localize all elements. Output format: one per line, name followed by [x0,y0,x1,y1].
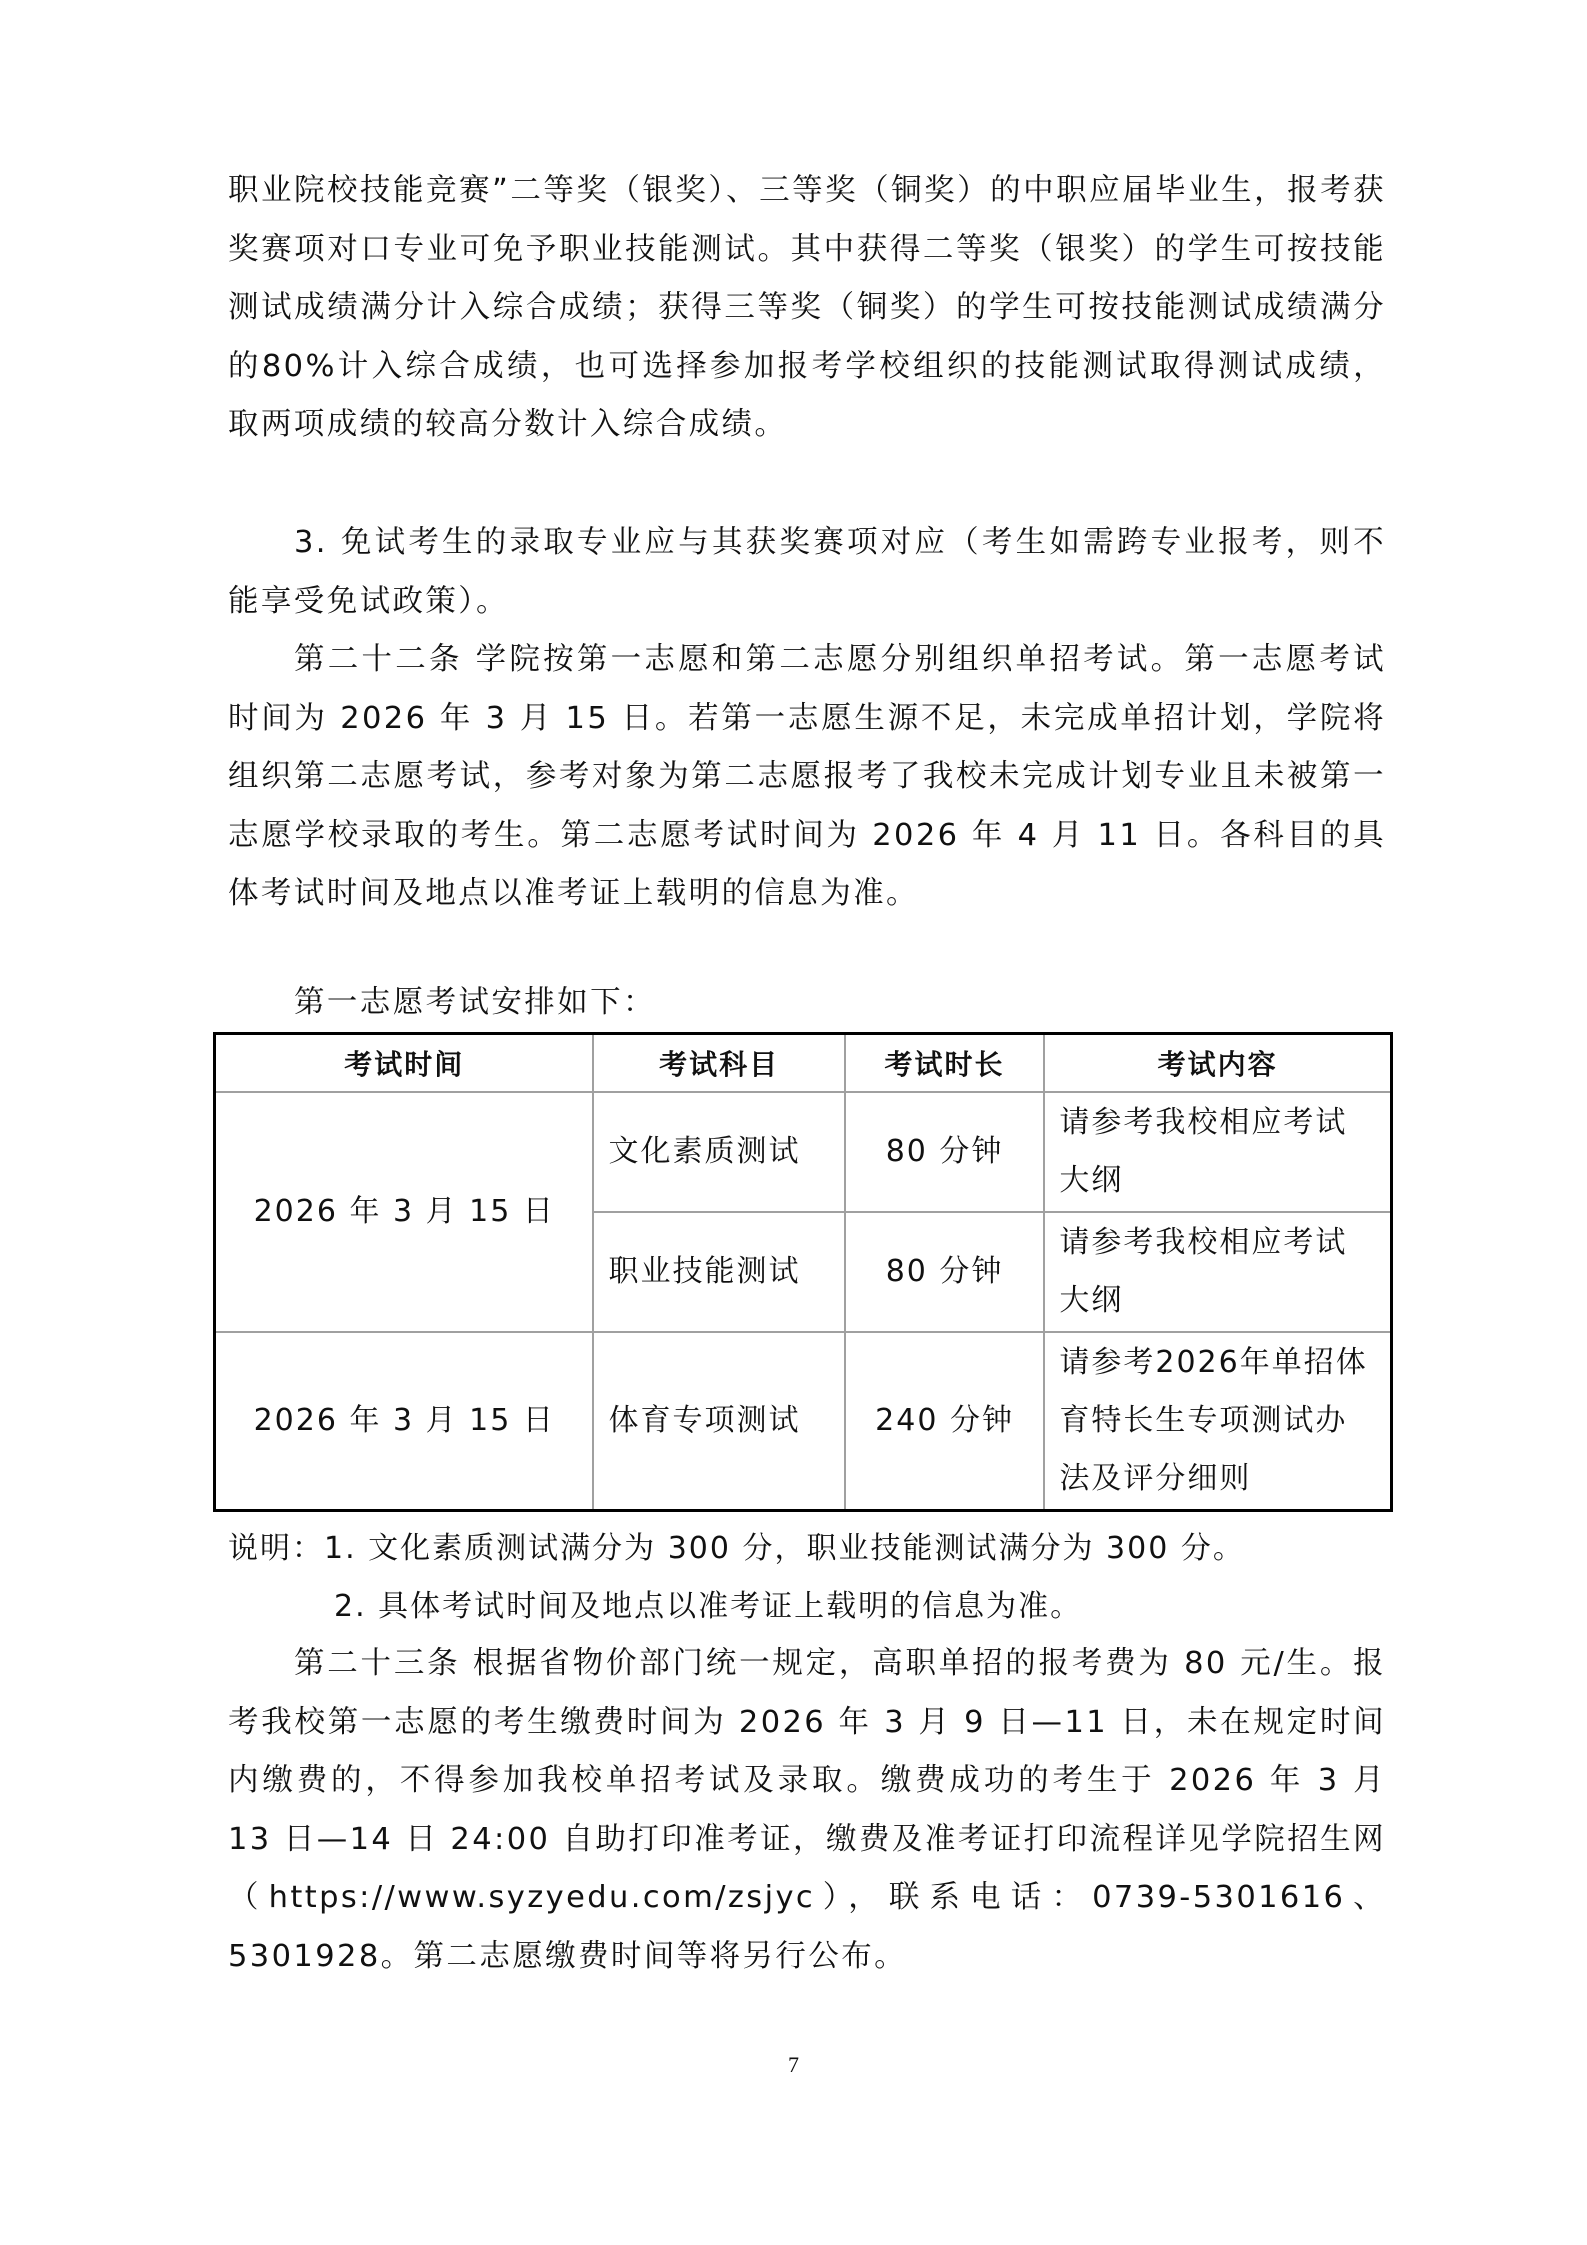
table-note-1: 说明：1. 文化素质测试满分为 300 分，职业技能测试满分为 300 分。 [228,1520,1245,1578]
cell-duration: 240 分钟 [845,1332,1045,1510]
page-number: 7 [0,2052,1587,2078]
cell-content: 请参考我校相应考试大纲 [1044,1092,1391,1212]
table-row: 2026 年 3 月 15 日 文化素质测试 80 分钟 请参考我校相应考试大纲 [215,1092,1392,1212]
paragraph-exemption-scoring: 职业院校技能竞赛”二等奖（银奖）、三等奖（铜奖）的中职应届毕业生，报考获奖赛项对… [228,162,1386,455]
header-exam-subject: 考试科目 [593,1034,844,1093]
cell-subject: 体育专项测试 [593,1332,844,1510]
cell-content: 请参考我校相应考试大纲 [1044,1212,1391,1332]
cell-time: 2026 年 3 月 15 日 [215,1332,594,1510]
paragraph-article-23: 第二十三条 根据省物价部门统一规定，高职单招的报考费为 80 元/生。报考我校第… [228,1635,1386,1986]
cell-duration: 80 分钟 [845,1212,1045,1332]
cell-content: 请参考2026年单招体育特长生专项测试办法及评分细则 [1044,1332,1391,1510]
header-exam-content: 考试内容 [1044,1034,1391,1093]
cell-duration: 80 分钟 [845,1092,1045,1212]
paragraph-exemption-major: 3. 免试考生的录取专业应与其获奖赛项对应（考生如需跨专业报考，则不能享受免试政… [228,514,1386,631]
table-header-row: 考试时间 考试科目 考试时长 考试内容 [215,1034,1392,1093]
cell-time: 2026 年 3 月 15 日 [215,1092,594,1332]
table-intro: 第一志愿考试安排如下： [228,974,1386,1033]
paragraph-article-22: 第二十二条 学院按第一志愿和第二志愿分别组织单招考试。第一志愿考试时间为 202… [228,631,1386,924]
header-exam-time: 考试时间 [215,1034,594,1093]
cell-subject: 文化素质测试 [593,1092,844,1212]
exam-schedule-table: 考试时间 考试科目 考试时长 考试内容 2026 年 3 月 15 日 文化素质… [213,1032,1393,1512]
header-exam-duration: 考试时长 [845,1034,1045,1093]
cell-subject: 职业技能测试 [593,1212,844,1332]
table-note-2: 2. 具体考试时间及地点以准考证上载明的信息为准。 [334,1578,1082,1636]
table-row: 2026 年 3 月 15 日 体育专项测试 240 分钟 请参考2026年单招… [215,1332,1392,1510]
document-page: 职业院校技能竞赛”二等奖（银奖）、三等奖（铜奖）的中职应届毕业生，报考获奖赛项对… [0,0,1587,2245]
